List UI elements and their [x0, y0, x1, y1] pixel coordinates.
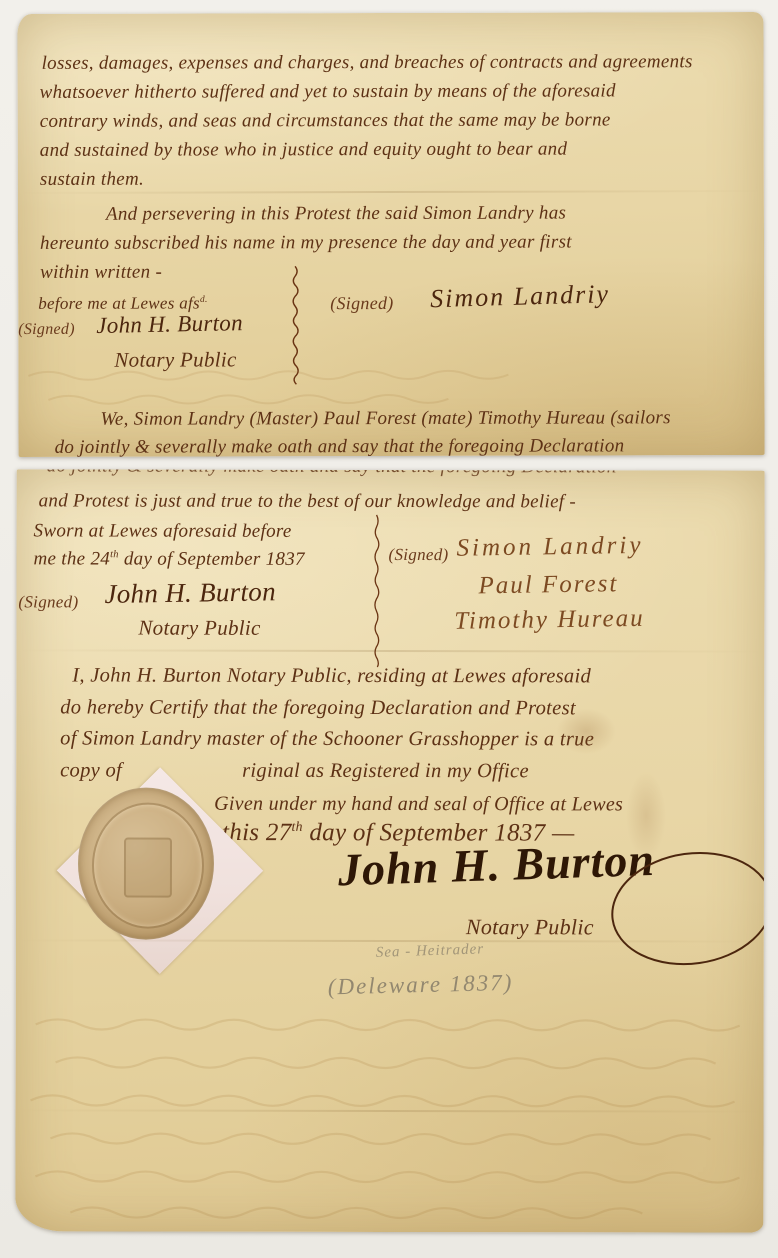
document-page-top-piece: losses, damages, expenses and charges, a…	[17, 12, 764, 457]
protest-line: sustain them.	[40, 170, 144, 189]
certification-line: of Simon Landry master of the Schooner G…	[60, 728, 594, 749]
certification-line: copy of	[60, 760, 122, 781]
oath-line: We, Simon Landry (Master) Paul Forest (m…	[100, 408, 670, 428]
protest-line: and sustained by those who in justice an…	[40, 140, 568, 160]
crew-signature: Simon Landriy	[456, 533, 643, 561]
closing-line: hereunto subscribed his name in my prese…	[40, 233, 572, 253]
certification-line: I, John H. Burton Notary Public, residin…	[72, 665, 591, 686]
document-page-bottom-piece: do jointly & severally make oath and say…	[15, 469, 764, 1232]
pencil-annotation: (Deleware 1837)	[328, 971, 514, 999]
protest-line: contrary winds, and seas and circumstanc…	[40, 110, 611, 130]
pencil-annotation: Sea - Heitrader	[376, 942, 485, 961]
date-superscript: th	[292, 819, 303, 834]
sworn-line: me the 24th day of September 1837	[33, 549, 304, 568]
notary-title: Notary Public	[138, 618, 260, 639]
signed-label: (Signed)	[18, 593, 78, 610]
crew-signature: Paul Forest	[478, 571, 618, 598]
signed-label: (Signed)	[389, 546, 449, 563]
attestation-place: before me at Lewes afsd.	[38, 294, 207, 311]
master-signature: Simon Landriy	[430, 281, 611, 312]
document-scan: losses, damages, expenses and charges, a…	[0, 0, 778, 1258]
abbreviation-superscript: d.	[200, 295, 208, 305]
signature-flourish	[604, 842, 765, 977]
date-superscript: th	[110, 549, 119, 560]
divider-squiggle	[368, 515, 384, 665]
crew-signature: Timothy Hureau	[454, 606, 645, 634]
protest-line: losses, damages, expenses and charges, a…	[42, 52, 693, 73]
signed-label: (Signed)	[330, 294, 393, 312]
oath-line: and Protest is just and true to the best…	[39, 491, 577, 511]
oath-line-torn-top: do jointly & severally make oath and say…	[55, 436, 625, 456]
notary-title: Notary Public	[466, 916, 594, 938]
closing-line: within written -	[40, 263, 162, 282]
bleedthrough-writing	[18, 362, 764, 410]
notary-signature: John H. Burton	[104, 578, 276, 608]
bleedthrough-writing	[15, 1014, 763, 1225]
sworn-line: Sworn at Lewes aforesaid before	[34, 521, 292, 540]
given-line: Given under my hand and seal of Office a…	[214, 794, 623, 815]
protest-line: whatsoever hitherto suffered and yet to …	[40, 81, 616, 102]
certification-line: do hereby Certify that the foregoing Dec…	[60, 697, 576, 718]
notary-signature: John H. Burton	[96, 311, 243, 337]
signed-label: (Signed)	[18, 322, 75, 338]
notary-seal-crest	[124, 838, 172, 898]
oath-line-torn-bottom: do jointly & severally make oath and say…	[47, 469, 747, 483]
certification-line: riginal as Registered in my Office	[242, 761, 529, 782]
closing-line: And persevering in this Protest the said…	[106, 204, 566, 224]
